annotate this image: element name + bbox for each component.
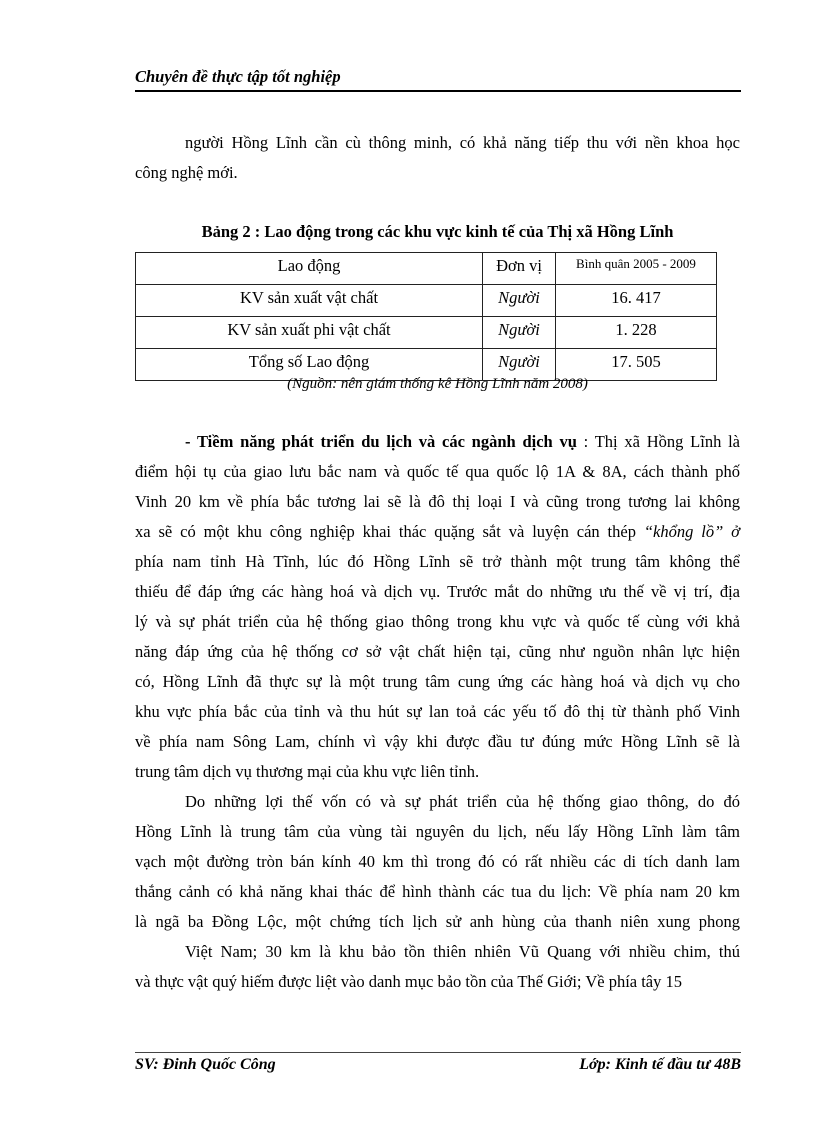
labor-table: Lao động Đơn vị Bình quân 2005 - 2009 KV…	[135, 252, 717, 381]
table-cell: 16. 417	[556, 285, 717, 317]
table-caption: Bảng 2 : Lao động trong các khu vực kinh…	[135, 222, 740, 242]
header-cell: Đơn vị	[483, 253, 556, 285]
text-line: khu vực phía bắc của tỉnh và thu hút sự …	[135, 697, 740, 727]
table-row: KV sản xuất phi vật chất Người 1. 228	[136, 317, 717, 349]
footer-rule	[135, 1052, 741, 1053]
text-line: Hồng Lĩnh là trung tâm của vùng tài nguy…	[135, 817, 740, 847]
intro-paragraph: người Hồng Lĩnh cần cù thông minh, có kh…	[135, 128, 740, 188]
table-row: KV sản xuất vật chất Người 16. 417	[136, 285, 717, 317]
tourism-paragraph: - Tiềm năng phát triển du lịch và các ng…	[135, 427, 740, 787]
text-line: và thực vật quý hiếm được liệt vào danh …	[135, 967, 740, 997]
text-line: xa sẽ có một khu công nghiệp khai thác q…	[135, 517, 740, 547]
quoted-term: “khổng lồ” ở	[644, 522, 740, 541]
footer-class: Lớp: Kinh tế đầu tư 48B	[579, 1056, 741, 1074]
text-line: Do những lợi thế vốn có và sự phát triển…	[135, 787, 740, 817]
table-cell: Người	[483, 285, 556, 317]
table-cell: 1. 228	[556, 317, 717, 349]
text-line: phía nam tỉnh Hà Tĩnh, lúc đó Hồng Lĩnh …	[135, 547, 740, 577]
footer-student: SV: Đinh Quốc Công	[135, 1056, 276, 1074]
text-line: người Hồng Lĩnh cần cù thông minh, có kh…	[135, 128, 740, 158]
text-line: thiếu để đáp ứng các hàng hoá và dịch vụ…	[135, 577, 740, 607]
text-line: là ngã ba Đồng Lộc, một chứng tích lịch …	[135, 907, 740, 937]
table-header-row: Lao động Đơn vị Bình quân 2005 - 2009	[136, 253, 717, 285]
text-line: về phía nam Sông Lam, chính vì vậy khi đ…	[135, 727, 740, 757]
text-line: Vinh 20 km về phía bắc tương lai sẽ là đ…	[135, 487, 740, 517]
table-cell: KV sản xuất phi vật chất	[136, 317, 483, 349]
header-cell: Bình quân 2005 - 2009	[556, 253, 717, 285]
table-cell: Người	[483, 317, 556, 349]
section-heading: - Tiềm năng phát triển du lịch và các ng…	[185, 432, 577, 451]
text-line: vạch một đường tròn bán kính 40 km thì t…	[135, 847, 740, 877]
text-line: Việt Nam; 30 km là khu bảo tồn thiên nhi…	[135, 937, 740, 967]
header-title: Chuyên đề thực tập tốt nghiệp	[135, 66, 741, 88]
text-line: - Tiềm năng phát triển du lịch và các ng…	[135, 427, 740, 457]
text-line: năng đáp ứng của hệ thống cơ sở vật chất…	[135, 637, 740, 667]
header-cell: Lao động	[136, 253, 483, 285]
page-header: Chuyên đề thực tập tốt nghiệp	[135, 66, 741, 88]
text-line: có, Hồng Lĩnh đã thực sự là một trung tâ…	[135, 667, 740, 697]
text-line: lý và sự phát triển của hệ thống giao th…	[135, 607, 740, 637]
text-line: trung tâm dịch vụ thương mại của khu vực…	[135, 757, 740, 787]
paragraph-2: Do những lợi thế vốn có và sự phát triển…	[135, 787, 740, 997]
text-line: điểm hội tụ của giao lưu bắc nam và quốc…	[135, 457, 740, 487]
text-line: thắng cảnh có khả năng khai thác để hình…	[135, 877, 740, 907]
table-cell: KV sản xuất vật chất	[136, 285, 483, 317]
text-line: công nghệ mới.	[135, 158, 740, 188]
header-rule	[135, 90, 741, 92]
table-source: (Nguồn: nên giám thống kê Hồng Lĩnh năm …	[135, 376, 740, 393]
